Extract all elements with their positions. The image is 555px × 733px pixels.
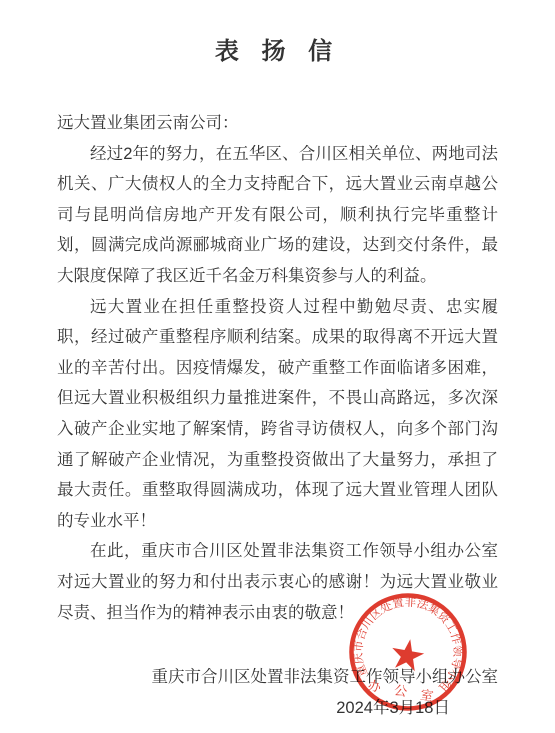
paragraph-3: 在此，重庆市合川区处置非法集资工作领导小组办公室对远大置业的努力和付出表示衷心的… bbox=[57, 536, 498, 628]
paragraph-1: 经过2年的努力，在五华区、合川区相关单位、两地司法机关、广大债权人的全力支持配合… bbox=[57, 139, 498, 292]
signature-organization: 重庆市合川区处置非法集资工作领导小组办公室 bbox=[57, 662, 498, 693]
signature-block: 重庆市合川区处置非法集资工作领导小组办公室 2024年3月18日 bbox=[57, 662, 498, 723]
salutation: 远大置业集团云南公司： bbox=[57, 108, 498, 139]
commendation-letter-page: 表 扬 信 远大置业集团云南公司： 经过2年的努力，在五华区、合川区相关单位、两… bbox=[0, 0, 555, 733]
paragraph-2: 远大置业在担任重整投资人过程中勤勉尽责、忠实履职，经过破产重整程序顺利结案。成果… bbox=[57, 292, 498, 537]
letter-title: 表 扬 信 bbox=[0, 0, 555, 67]
letter-body: 远大置业集团云南公司： 经过2年的努力，在五华区、合川区相关单位、两地司法机关、… bbox=[57, 108, 498, 723]
signature-date: 2024年3月18日 bbox=[57, 693, 498, 724]
